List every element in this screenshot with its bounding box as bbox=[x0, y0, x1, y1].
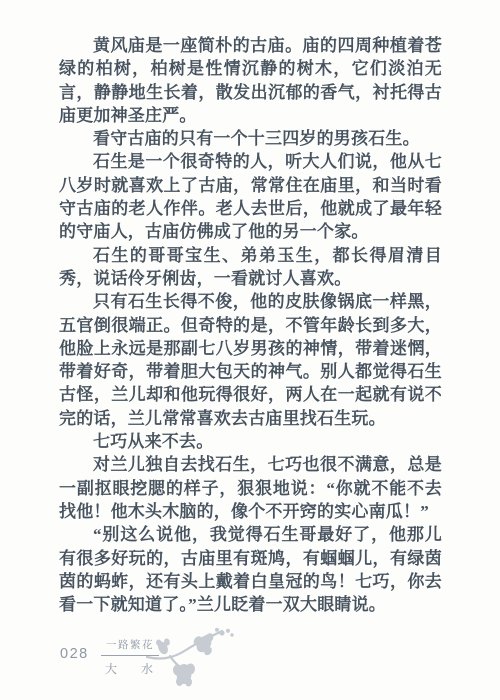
paragraph: 石生是一个很奇特的人，听大人们说，他从七八岁时就喜欢上了古庙，常常住在庙里，和当… bbox=[59, 150, 442, 243]
paragraph: “别这么说他，我觉得石生哥最好了，他那儿有很多好玩的，古庙里有斑鸠，有蝈蝈儿，有… bbox=[59, 523, 442, 616]
paragraph: 石生的哥哥宝生、弟弟玉生，都长得眉清目秀，说话伶牙俐齿，一看就讨人喜欢。 bbox=[59, 244, 442, 291]
paragraph: 黄风庙是一座简朴的古庙。庙的四周种植着苍绿的柏树，柏树是性情沉静的树木，它们淡泊… bbox=[59, 34, 442, 127]
paragraph: 对兰儿独自去找石生，七巧也很不满意，总是一副抠眼挖腮的样子，狠狠地说：“你就不能… bbox=[59, 453, 442, 523]
book-page: 黄风庙是一座简朴的古庙。庙的四周种植着苍绿的柏树，柏树是性情沉静的树木，它们淡泊… bbox=[0, 0, 500, 700]
body-text: 黄风庙是一座简朴的古庙。庙的四周种植着苍绿的柏树，柏树是性情沉静的树木，它们淡泊… bbox=[59, 34, 442, 616]
leaf-sprig-icon bbox=[146, 628, 238, 692]
paragraph: 只有石生长得不俊，他的皮肤像锅底一样黑，五官倒很端正。但奇特的是，不管年龄长到多… bbox=[59, 290, 442, 430]
paragraph: 看守古庙的只有一个十三四岁的男孩石生。 bbox=[59, 127, 442, 150]
paragraph: 七巧从来不去。 bbox=[59, 430, 442, 453]
page-footer: 028 一路繁花 大 水 bbox=[0, 626, 500, 696]
page-number: 028 bbox=[60, 646, 89, 662]
